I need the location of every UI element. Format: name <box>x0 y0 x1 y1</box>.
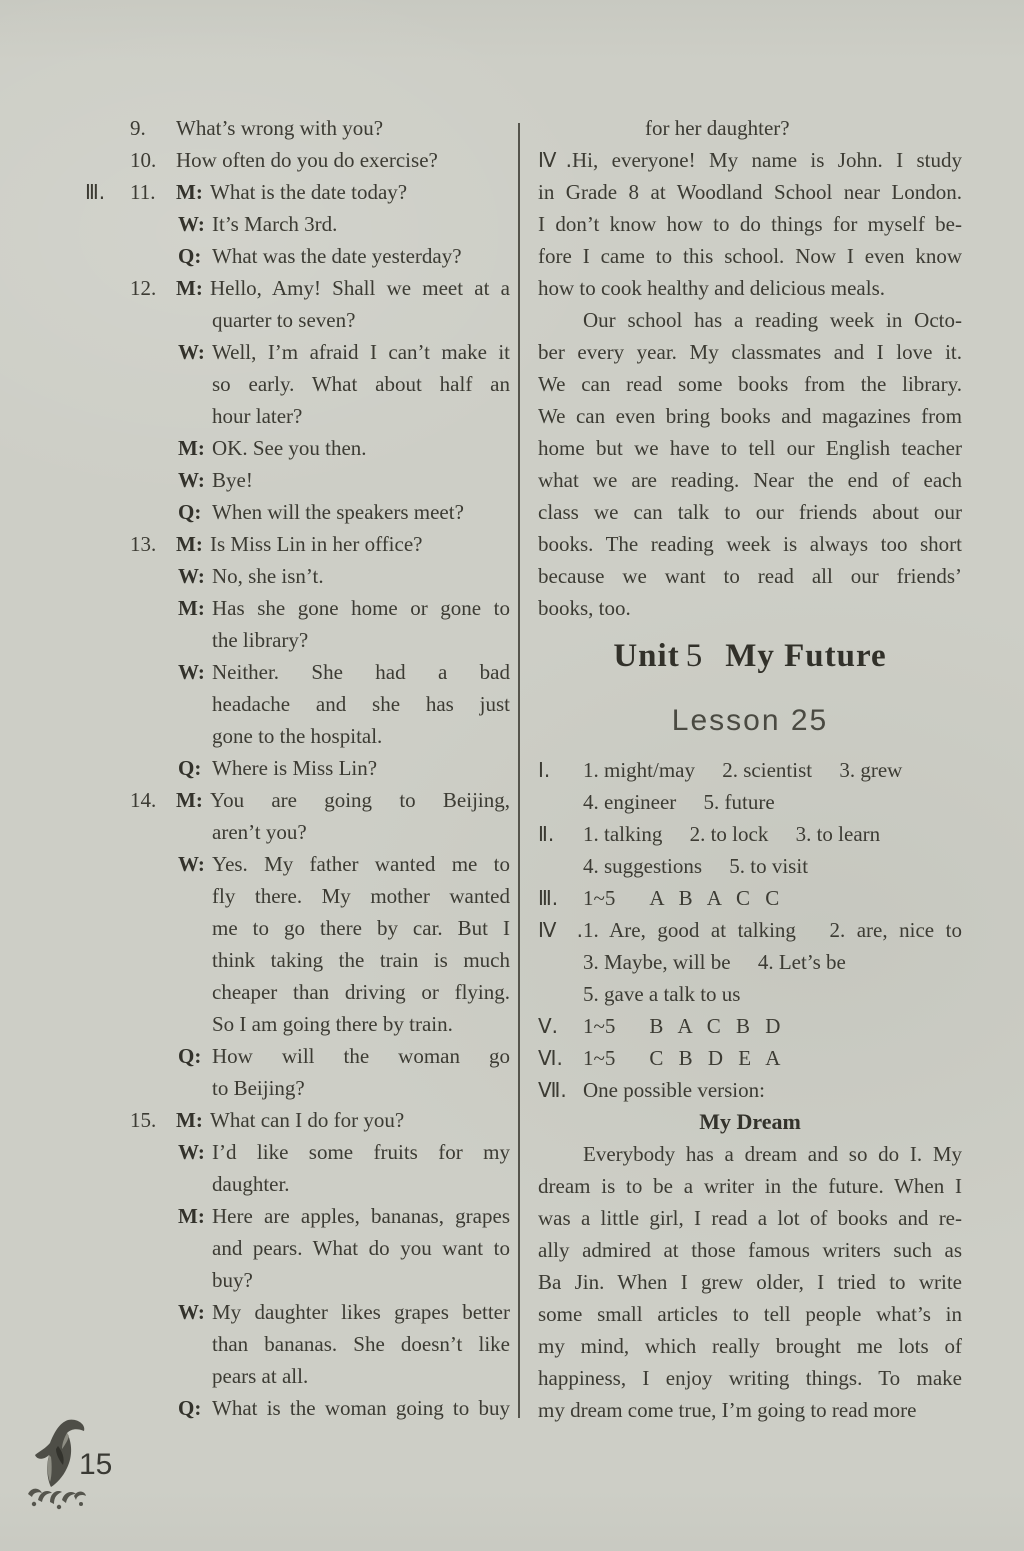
answer-part: 3. to learn <box>796 822 881 846</box>
text-line: ally admired at those famous writers suc… <box>538 1234 962 1266</box>
text-line: Q:How will the woman go <box>178 1040 510 1072</box>
line-text: Our school has a reading week in Octo- <box>583 308 962 332</box>
text-line: think taking the train is much <box>212 944 510 976</box>
text-line: We can read some books from the library. <box>538 368 962 400</box>
line-text: dream is to be a writer in the future. W… <box>538 1174 962 1198</box>
line-text: 1~5 <box>583 1046 615 1070</box>
text-line: 13.M:Is Miss Lin in her office? <box>130 528 510 560</box>
text-line: for her daughter? <box>645 112 962 144</box>
speaker-label: M: <box>176 784 210 816</box>
speaker-label: Q: <box>178 240 212 272</box>
line-text: home but we have to tell our English tea… <box>538 436 962 460</box>
text-line: I don’t know how to do things for myself… <box>538 208 962 240</box>
unit-word: Unit <box>613 638 679 674</box>
scanned-book-page: 9.What’s wrong with you?10.How often do … <box>0 0 1024 1551</box>
line-text: What can I do for you? <box>210 1108 404 1132</box>
speaker-label: M: <box>176 1104 210 1136</box>
line-text: When will the speakers meet? <box>212 500 464 524</box>
line-text: my dream come true, I’m going to read mo… <box>538 1398 916 1422</box>
roman-numeral-label: Ⅰ. <box>538 754 583 786</box>
text-line: so early. What about half an <box>212 368 510 400</box>
text-line: fly there. My mother wanted <box>212 880 510 912</box>
speaker-label: W: <box>178 848 212 880</box>
text-line: pears at all. <box>212 1360 510 1392</box>
line-text: some small articles to tell people what’… <box>538 1302 962 1326</box>
line-text: in Grade 8 at Woodland School near Londo… <box>538 180 962 204</box>
line-text: So I am going there by train. <box>212 1012 453 1036</box>
speaker-label: W: <box>178 560 212 592</box>
text-line: W:My daughter likes grapes better <box>178 1296 510 1328</box>
text-line: Q:What was the date yesterday? <box>178 240 510 272</box>
line-text: Is Miss Lin in her office? <box>210 532 422 556</box>
text-line: aren’t you? <box>212 816 510 848</box>
line-text: I don’t know how to do things for myself… <box>538 212 962 236</box>
line-text: pears at all. <box>212 1364 308 1388</box>
speaker-label: Q: <box>178 496 212 528</box>
line-text: 1~5 <box>583 886 615 910</box>
line-text: happiness, I enjoy writing things. To ma… <box>538 1366 962 1390</box>
line-text: books. The reading week is always too sh… <box>538 532 962 556</box>
item-number-label: 11. <box>130 176 176 208</box>
speaker-label: Q: <box>178 1040 212 1072</box>
text-line: gone to the hospital. <box>212 720 510 752</box>
text-line: Ⅰ.1. might/may 2. scientist 3. grew <box>538 754 962 786</box>
speaker-label: W: <box>178 656 212 688</box>
text-line: quarter to seven? <box>212 304 510 336</box>
answer-letters: A B A C C <box>649 886 784 910</box>
line-text: Has she gone home or gone to <box>212 596 510 620</box>
page-number: 15 <box>79 1448 112 1482</box>
answer-part: 1. talking <box>583 822 662 846</box>
text-line: M:OK. See you then. <box>178 432 510 464</box>
answer-part: 3. Maybe, will be <box>583 950 731 974</box>
left-column: 9.What’s wrong with you?10.How often do … <box>85 112 510 1424</box>
speaker-label: W: <box>178 208 212 240</box>
text-line: W:Well, I’m afraid I can’t make it <box>178 336 510 368</box>
text-line: dream is to be a writer in the future. W… <box>538 1170 962 1202</box>
answer-letters: C B D E A <box>649 1046 785 1070</box>
line-text: Ba Jin. When I grew older, I tried to wr… <box>538 1270 962 1294</box>
speaker-label: M: <box>178 592 212 624</box>
text-line: 5. gave a talk to us <box>583 978 962 1010</box>
line-text: Hi, everyone! My name is John. I study <box>572 148 962 172</box>
answer-part: 5. to visit <box>729 854 808 878</box>
text-line: Ⅴ.1~5B A C B D <box>538 1010 962 1042</box>
text-line: happiness, I enjoy writing things. To ma… <box>538 1362 962 1394</box>
line-text: than bananas. She doesn’t like <box>212 1332 510 1356</box>
text-line: 4. suggestions 5. to visit <box>583 850 962 882</box>
text-line: me to go there by car. But I <box>212 912 510 944</box>
line-text: class we can talk to our friends about o… <box>538 500 962 524</box>
item-number-label: 14. <box>130 784 176 816</box>
answer-part: 4. suggestions <box>583 854 702 878</box>
answer-part: 2. to lock <box>690 822 769 846</box>
speaker-label: M: <box>178 432 212 464</box>
line-text: Bye! <box>212 468 253 492</box>
line-text: my mind, which really brought me lots of <box>538 1334 962 1358</box>
text-line: Ⅲ.1~5A B A C C <box>538 882 962 914</box>
line-text: was a little girl, I read a lot of books… <box>538 1206 962 1230</box>
roman-numeral-label: Ⅴ. <box>538 1010 583 1042</box>
essay-title: My Dream <box>538 1106 962 1138</box>
text-line: Ⅶ.One possible version: <box>538 1074 962 1106</box>
text-line: buy? <box>212 1264 510 1296</box>
line-text: My daughter likes grapes better <box>212 1300 510 1324</box>
text-line: in Grade 8 at Woodland School near Londo… <box>538 176 962 208</box>
line-text: ally admired at those famous writers suc… <box>538 1238 962 1262</box>
text-line: Our school has a reading week in Octo- <box>583 304 962 336</box>
text-line: 14.M:You are going to Beijing, <box>130 784 510 816</box>
text-line: daughter. <box>212 1168 510 1200</box>
text-line: because we want to read all our friends’ <box>538 560 962 592</box>
text-line: Ⅱ.1. talking 2. to lock 3. to learn <box>538 818 962 850</box>
line-text: Here are apples, bananas, grapes <box>212 1204 510 1228</box>
line-text: 5. gave a talk to us <box>583 982 740 1006</box>
text-line: M:Here are apples, bananas, grapes <box>178 1200 510 1232</box>
unit-title: My Future <box>725 638 886 674</box>
answer-part: 3. grew <box>839 758 902 782</box>
roman-numeral-label: Ⅶ. <box>538 1074 583 1106</box>
line-text: You are going to Beijing, <box>210 788 510 812</box>
text-line: 3. Maybe, will be 4. Let’s be <box>583 946 962 978</box>
line-text: One possible version: <box>583 1078 765 1102</box>
text-line: W:Neither. She had a bad <box>178 656 510 688</box>
text-line: headache and she has just <box>212 688 510 720</box>
line-text: ber every year. My classmates and I love… <box>538 340 962 364</box>
line-text: me to go there by car. But I <box>212 916 510 940</box>
line-text: what we are reading. Near the end of eac… <box>538 468 962 492</box>
roman-numeral-label: Ⅲ. <box>85 176 130 208</box>
text-line: cheaper than driving or flying. <box>212 976 510 1008</box>
text-line: 15.M:What can I do for you? <box>130 1104 510 1136</box>
roman-numeral-label: Ⅳ. <box>538 914 583 946</box>
unit-heading: Unit5My Future <box>538 624 962 688</box>
line-text: Neither. She had a bad <box>212 660 510 684</box>
line-text: quarter to seven? <box>212 308 355 332</box>
answer-letters: B A C B D <box>649 1014 785 1038</box>
text-line: 9.What’s wrong with you? <box>130 112 510 144</box>
text-line: W:It’s March 3rd. <box>178 208 510 240</box>
line-text: OK. See you then. <box>212 436 367 460</box>
speaker-label: Q: <box>178 1392 212 1424</box>
text-line: M:Has she gone home or gone to <box>178 592 510 624</box>
text-line: 10.How often do you do exercise? <box>130 144 510 176</box>
line-text: Well, I’m afraid I can’t make it <box>212 340 510 364</box>
item-number-label: 10. <box>130 144 176 176</box>
line-text: gone to the hospital. <box>212 724 382 748</box>
text-line: what we are reading. Near the end of eac… <box>538 464 962 496</box>
item-number-label: 12. <box>130 272 176 304</box>
line-text: I’d like some fruits for my <box>212 1140 510 1164</box>
answers-section: Ⅰ.1. might/may 2. scientist 3. grew4. en… <box>538 754 962 1106</box>
line-text: think taking the train is much <box>212 948 510 972</box>
line-text: headache and she has just <box>212 692 510 716</box>
essay-section: Everybody has a dream and so do I. Mydre… <box>538 1138 962 1426</box>
speaker-label: M: <box>176 176 210 208</box>
line-text: Yes. My father wanted me to <box>212 852 510 876</box>
speaker-label: M: <box>178 1200 212 1232</box>
line-text: How often do you do exercise? <box>176 148 438 172</box>
text-line: was a little girl, I read a lot of books… <box>538 1202 962 1234</box>
line-text: Everybody has a dream and so do I. My <box>583 1142 962 1166</box>
text-line: Ⅳ.1. Are, good at talking 2. are, nice t… <box>538 914 962 946</box>
roman-numeral-label: Ⅳ. <box>538 144 572 176</box>
text-line: We can even bring books and magazines fr… <box>538 400 962 432</box>
line-text: because we want to read all our friends’ <box>538 564 962 588</box>
text-line: books, too. <box>538 592 962 624</box>
speaker-label: Q: <box>178 752 212 784</box>
answer-part: 4. Let’s be <box>758 950 846 974</box>
line-text: and pears. What do you want to <box>212 1236 510 1260</box>
right-column: for her daughter?Ⅳ.Hi, everyone! My name… <box>538 112 962 1426</box>
line-text: What is the date today? <box>210 180 407 204</box>
speaker-label: M: <box>176 528 210 560</box>
roman-numeral-label: Ⅵ. <box>538 1042 583 1074</box>
line-text: for her daughter? <box>645 116 790 140</box>
text-line: Everybody has a dream and so do I. My <box>583 1138 962 1170</box>
line-text: buy? <box>212 1268 253 1292</box>
line-text: Where is Miss Lin? <box>212 756 377 780</box>
text-line: how to cook healthy and delicious meals. <box>538 272 962 304</box>
roman-numeral-label: Ⅱ. <box>538 818 583 850</box>
speaker-label: W: <box>178 464 212 496</box>
item-number-label: 9. <box>130 112 176 144</box>
speaker-label: W: <box>178 1136 212 1168</box>
answer-part: 4. engineer <box>583 790 676 814</box>
text-line: W:I’d like some fruits for my <box>178 1136 510 1168</box>
speaker-label: W: <box>178 336 212 368</box>
text-line: W:Bye! <box>178 464 510 496</box>
line-text: books, too. <box>538 596 631 620</box>
text-line: Ⅵ.1~5C B D E A <box>538 1042 962 1074</box>
answer-part: 2. scientist <box>722 758 812 782</box>
text-line: and pears. What do you want to <box>212 1232 510 1264</box>
item-number-label: 13. <box>130 528 176 560</box>
line-text: What’s wrong with you? <box>176 116 383 140</box>
line-text: hour later? <box>212 404 302 428</box>
text-line: books. The reading week is always too sh… <box>538 528 962 560</box>
line-text: the library? <box>212 628 308 652</box>
text-line: W:No, she isn’t. <box>178 560 510 592</box>
column-divider <box>518 123 520 1418</box>
line-text: What was the date yesterday? <box>212 244 462 268</box>
line-text: to Beijing? <box>212 1076 305 1100</box>
line-text: so early. What about half an <box>212 372 510 396</box>
text-line: 12.M:Hello, Amy! Shall we meet at a <box>130 272 510 304</box>
line-text: No, she isn’t. <box>212 564 324 588</box>
line-text: How will the woman go <box>212 1044 510 1068</box>
answer-part: 2. are, nice to <box>829 918 962 942</box>
text-line: So I am going there by train. <box>212 1008 510 1040</box>
text-line: my dream come true, I’m going to read mo… <box>538 1394 962 1426</box>
speaker-label: M: <box>176 272 210 304</box>
line-text: how to cook healthy and delicious meals. <box>538 276 885 300</box>
line-text: 1~5 <box>583 1014 615 1038</box>
unit-number: 5 <box>686 638 704 674</box>
text-line: class we can talk to our friends about o… <box>538 496 962 528</box>
line-text: aren’t you? <box>212 820 307 844</box>
answer-part: 1. might/may <box>583 758 695 782</box>
speaker-label: W: <box>178 1296 212 1328</box>
line-text: We can read some books from the library. <box>538 372 962 396</box>
line-text: We can even bring books and magazines fr… <box>538 404 962 428</box>
text-line: the library? <box>212 624 510 656</box>
line-text: It’s March 3rd. <box>212 212 337 236</box>
line-text: Hello, Amy! Shall we meet at a <box>210 276 510 300</box>
line-text: fly there. My mother wanted <box>212 884 510 908</box>
text-line: my mind, which really brought me lots of <box>538 1330 962 1362</box>
text-line: fore I came to this school. Now I even k… <box>538 240 962 272</box>
text-line: Ⅳ.Hi, everyone! My name is John. I study <box>538 144 962 176</box>
text-line: home but we have to tell our English tea… <box>538 432 962 464</box>
text-line: ber every year. My classmates and I love… <box>538 336 962 368</box>
answer-part: 1. Are, good at talking <box>583 918 796 942</box>
text-line: to Beijing? <box>212 1072 510 1104</box>
text-line: some small articles to tell people what’… <box>538 1298 962 1330</box>
lesson-heading: Lesson 25 <box>538 688 962 754</box>
answer-part: 5. future <box>704 790 775 814</box>
line-text: fore I came to this school. Now I even k… <box>538 244 962 268</box>
right-column-top: for her daughter?Ⅳ.Hi, everyone! My name… <box>538 112 962 624</box>
text-line: 4. engineer 5. future <box>583 786 962 818</box>
text-line: Ba Jin. When I grew older, I tried to wr… <box>538 1266 962 1298</box>
line-text: What is the woman going to buy <box>212 1396 510 1420</box>
text-line: Q:Where is Miss Lin? <box>178 752 510 784</box>
roman-numeral-label: Ⅲ. <box>538 882 583 914</box>
line-text: daughter. <box>212 1172 290 1196</box>
text-line: than bananas. She doesn’t like <box>212 1328 510 1360</box>
text-line: Q:When will the speakers meet? <box>178 496 510 528</box>
line-text: cheaper than driving or flying. <box>212 980 510 1004</box>
text-line: hour later? <box>212 400 510 432</box>
text-line: Ⅲ.11.M:What is the date today? <box>85 176 510 208</box>
text-line: W:Yes. My father wanted me to <box>178 848 510 880</box>
item-number-label: 15. <box>130 1104 176 1136</box>
text-line: Q:What is the woman going to buy <box>178 1392 510 1424</box>
